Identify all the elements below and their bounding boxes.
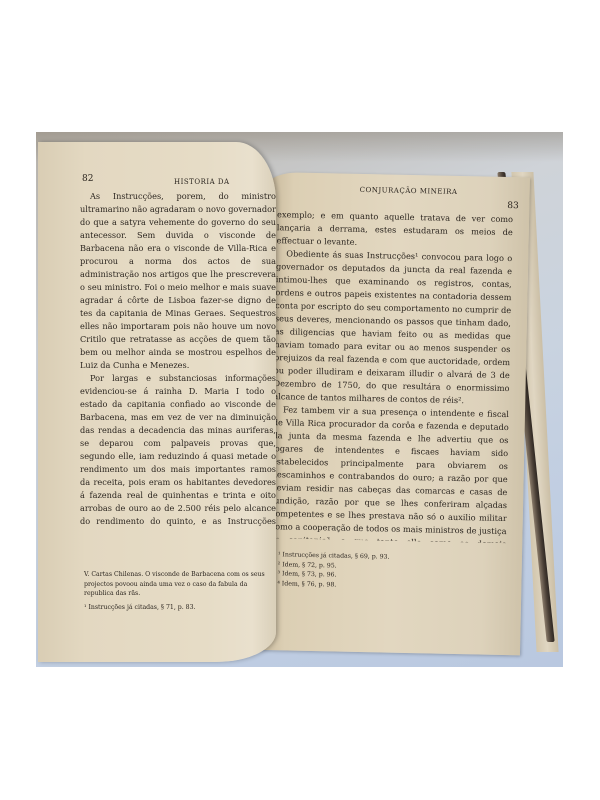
left-page-body: As Instrucções, porem, do ministro ultra…	[80, 190, 276, 530]
footnote: V. Cartas Chilenas. O visconde de Barbac…	[84, 570, 270, 599]
footnote: ⁴ Idem, § 76, p. 98.	[277, 579, 389, 591]
page-number-left: 82	[82, 174, 93, 184]
left-page-footnotes: V. Cartas Chilenas. O visconde de Barbac…	[84, 570, 270, 612]
running-head-right: CONJURAÇÃO MINEIRA	[360, 186, 458, 196]
left-page: 82 HISTORIA DA As Instrucções, porem, do…	[38, 142, 276, 662]
paragraph: Fez tambem vir a sua presença o intenden…	[270, 403, 509, 543]
paragraph: Por largas e substanciosas informações e…	[80, 372, 276, 530]
running-head-left: HISTORIA DA	[174, 178, 230, 186]
paragraph: Obediente ás suas Instrucções¹ convocou …	[273, 247, 512, 408]
right-page-footnotes: ¹ Instrucções já citadas, § 69, p. 93. ²…	[277, 550, 389, 590]
right-page: CONJURAÇÃO MINEIRA 83 exemplo; e em quan…	[258, 172, 530, 655]
paragraph: As Instrucções, porem, do ministro ultra…	[80, 190, 276, 372]
paragraph: exemplo; e em quanto aquelle tratava de …	[276, 208, 513, 252]
page-number-right: 83	[507, 201, 519, 211]
footnote: ¹ Instrucções já citadas, § 71, p. 83.	[84, 603, 270, 613]
right-page-body: exemplo; e em quanto aquelle tratava de …	[270, 208, 513, 543]
book-photo: CONJURAÇÃO MINEIRA 83 exemplo; e em quan…	[36, 132, 563, 667]
